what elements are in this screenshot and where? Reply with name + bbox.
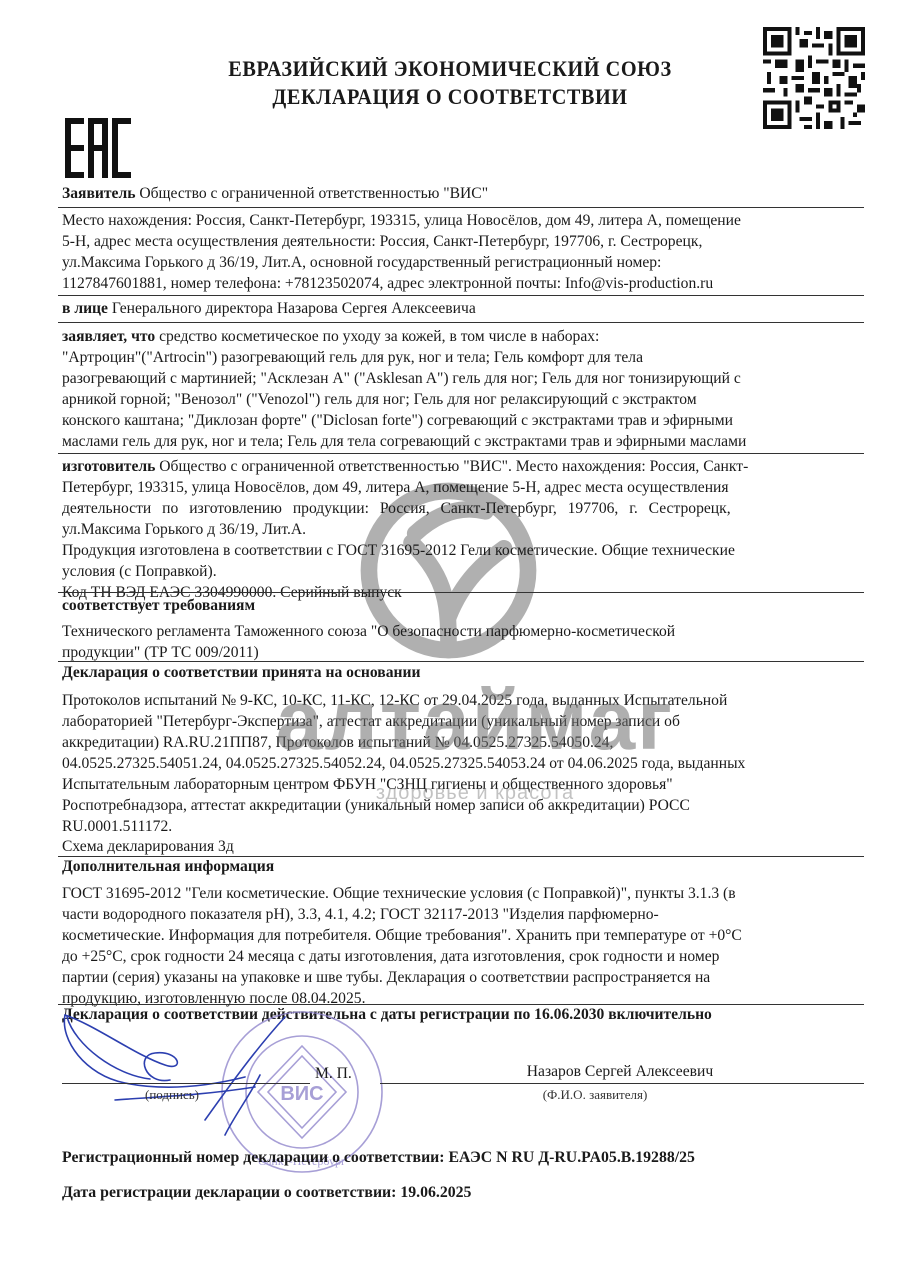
manufacturer-line: Петербург, 193315, улица Новосёлов, дом … <box>62 477 862 498</box>
address-line: Место нахождения: Россия, Санкт-Петербур… <box>62 210 862 231</box>
basis-line: аккредитации) RA.RU.21ПП87, Протоколов и… <box>62 732 862 753</box>
basis-line: Протоколов испытаний № 9-КС, 10-КС, 11-К… <box>62 690 862 711</box>
represented-row: в лице Генерального директора Назарова С… <box>62 298 862 319</box>
registration-number-row: Регистрационный номер декларации о соотв… <box>62 1147 862 1168</box>
declaration-scheme: Схема декларирования 3д <box>62 836 862 857</box>
declares-line: конского каштана; "Диклозан форте" ("Dic… <box>62 410 862 431</box>
basis-line: 04.0525.27325.54051.24, 04.0525.27325.54… <box>62 753 862 774</box>
complies-line: продукции" (ТР ТС 009/2011) <box>62 642 862 663</box>
additional-line: части водородного показателя pH), 3.3, 4… <box>62 904 862 925</box>
represented-by: Генерального директора Назарова Сергея А… <box>112 300 476 317</box>
applicant-row: Заявитель Общество с ограниченной ответс… <box>62 183 862 204</box>
registration-date-row: Дата регистрации декларации о соответств… <box>62 1182 862 1203</box>
additional-section: ГОСТ 31695-2012 "Гели косметические. Общ… <box>62 883 862 1009</box>
declares-section: заявляет, что средство косметическое по … <box>62 326 862 452</box>
registration-number: ЕАЭС N RU Д-RU.PA05.B.19288/25 <box>449 1149 695 1166</box>
complies-label: соответствует требованиям <box>62 595 862 616</box>
declares-line: "Артроцин"("Artrocin") разогревающий гел… <box>62 347 862 368</box>
divider <box>58 592 864 593</box>
manufacturer-line: ул.Максима Горького д 36/19, Лит.А. <box>62 519 862 540</box>
address-line: ул.Максима Горького д 36/19, Лит.А, осно… <box>62 252 862 273</box>
complies-line: Технического регламента Таможенного союз… <box>62 621 862 642</box>
divider <box>58 207 864 208</box>
basis-line: Роспотребнадзора, аттестат аккредитации … <box>62 795 862 816</box>
declaration-page: ЕВРАЗИЙСКИЙ ЭКОНОМИЧЕСКИЙ СОЮЗ ДЕКЛАРАЦИ… <box>0 0 900 1274</box>
divider <box>58 295 864 296</box>
applicant-name: Общество с ограниченной ответственностью… <box>139 185 488 202</box>
represented-label: в лице <box>62 300 108 317</box>
validity-statement: Декларация о соответствии действительна … <box>62 1004 862 1025</box>
qr-code-icon <box>763 27 865 129</box>
registration-date: 19.06.2025 <box>400 1184 471 1201</box>
divider <box>58 322 864 323</box>
signer-name: Назаров Сергей Алексеевич <box>380 1061 860 1082</box>
manufacturer-line: деятельности по изготовлению продукции: … <box>62 498 862 519</box>
declares-label: заявляет, что <box>62 328 155 345</box>
additional-line: до +25°C, срок годности 24 месяца с даты… <box>62 946 862 967</box>
applicant-address: Место нахождения: Россия, Санкт-Петербур… <box>62 210 862 294</box>
basis-line: лабораторией "Петербург-Экспертиза", атт… <box>62 711 862 732</box>
document-title: ДЕКЛАРАЦИЯ О СООТВЕТСТВИИ <box>36 83 864 111</box>
additional-line: ГОСТ 31695-2012 "Гели косметические. Общ… <box>62 883 862 904</box>
declares-line: средство косметическое по уходу за кожей… <box>159 328 599 345</box>
address-line: 5-Н, адрес места осуществления деятельно… <box>62 231 862 252</box>
manufacturer-section: изготовитель Общество с ограниченной отв… <box>62 456 862 603</box>
divider <box>58 453 864 454</box>
stamp-center-text: ВИС <box>280 1083 323 1105</box>
registration-date-label: Дата регистрации декларации о соответств… <box>62 1184 396 1201</box>
basis-line: Испытательным лабораторным центром ФБУН … <box>62 774 862 795</box>
complies-section: Технического регламента Таможенного союз… <box>62 621 862 663</box>
standard-line: Продукция изготовлена в соответствии с Г… <box>62 540 862 561</box>
union-title: ЕВРАЗИЙСКИЙ ЭКОНОМИЧЕСКИЙ СОЮЗ <box>36 55 864 83</box>
additional-line: косметические. Информация для потребител… <box>62 925 862 946</box>
declares-line: разогревающий с мартинией; "Асклезан А" … <box>62 368 862 389</box>
eac-mark-icon <box>65 118 131 178</box>
standard-line: условия (с Поправкой). <box>62 561 862 582</box>
additional-line: партии (серия) указаны на упаковке и шве… <box>62 967 862 988</box>
declares-line: арникой горной; "Венозол" ("Venozol") ге… <box>62 389 862 410</box>
additional-label: Дополнительная информация <box>62 856 862 877</box>
basis-label: Декларация о соответствии принята на осн… <box>62 662 862 683</box>
basis-line: RU.0001.511172. <box>62 816 862 837</box>
signature-caption: (подпись) <box>145 1084 199 1105</box>
declares-line: маслами гель для рук, ног и тела; Гель д… <box>62 431 862 452</box>
address-line: 1127847601881, номер телефона: +78123502… <box>62 273 862 294</box>
manufacturer-line: Общество с ограниченной ответственностью… <box>159 458 748 475</box>
signature-scribble-icon <box>55 1005 295 1145</box>
seal-place-label: М. П. <box>315 1063 352 1084</box>
registration-number-label: Регистрационный номер декларации о соотв… <box>62 1149 445 1166</box>
applicant-label: Заявитель <box>62 185 135 202</box>
basis-section: Протоколов испытаний № 9-КС, 10-КС, 11-К… <box>62 690 862 837</box>
signer-caption: (Ф.И.О. заявителя) <box>380 1084 810 1105</box>
manufacturer-label: изготовитель <box>62 458 155 475</box>
